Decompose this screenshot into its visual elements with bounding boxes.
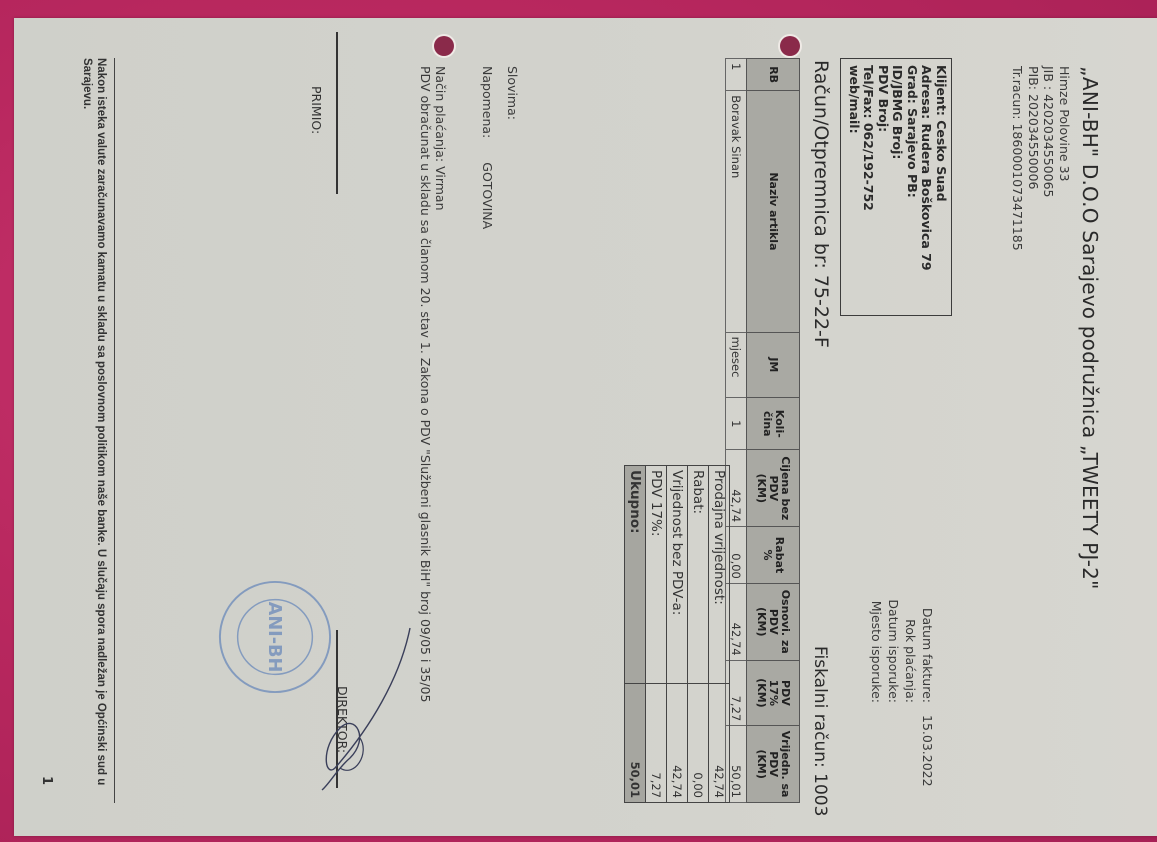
company-details: Himze Polovine 33 JIB : 4202034550065 PI… xyxy=(1010,66,1072,251)
totals-value: 42,74 xyxy=(667,684,688,803)
column-header: RB xyxy=(747,59,800,91)
totals-row: Prodajna vrijednost:42,74 xyxy=(709,466,730,803)
totals-value: 7,27 xyxy=(646,684,667,803)
note-label: Napomena: xyxy=(480,66,495,138)
totals-table: Prodajna vrijednost:42,74Rabat:0,00Vrije… xyxy=(624,465,730,803)
column-header: Naziv artikla xyxy=(747,91,800,332)
svg-text:ANI-BH: ANI-BH xyxy=(264,602,284,673)
totals-label: Vrijednost bez PDV-a: xyxy=(667,466,688,684)
totals-row: Ukupno:50,01 xyxy=(625,466,646,803)
totals-label: Ukupno: xyxy=(625,466,646,684)
table-cell: 1 xyxy=(726,398,747,450)
date-label: Rok plaćanja: xyxy=(902,593,919,703)
items-table: RBNaziv artiklaJMKoli-činaCijena bezPDV(… xyxy=(725,58,800,803)
punch-hole xyxy=(434,36,454,56)
footer-divider xyxy=(114,58,115,803)
company-pib: PIB: 202034550006 xyxy=(1026,66,1042,251)
date-label: Mjesto isporuke: xyxy=(868,593,885,703)
table-cell: Boravak Sinan xyxy=(726,91,747,332)
document-title: Račun/Otpremnica br: 75-22-F xyxy=(810,60,832,348)
date-row: Datum fakture:15.03.2022 xyxy=(919,593,936,787)
note-value: GOTOVINA xyxy=(480,162,495,229)
column-header: Vrijedn. saPDV(KM) xyxy=(747,726,800,803)
company-jib: JIB : 4202034550065 xyxy=(1041,66,1057,251)
footer-legal-text: Nakon isteka valute zaračunavamo kamatu … xyxy=(80,58,108,803)
client-phone: Tel/Fax: 062/192-752 xyxy=(861,65,876,309)
date-value: 15.03.2022 xyxy=(919,715,936,787)
date-label: Datum isporuke: xyxy=(885,593,902,703)
note: Napomena:GOTOVINA xyxy=(480,66,495,229)
table-cell: mjesec xyxy=(726,332,747,398)
table-cell: 1 xyxy=(726,59,747,91)
totals-value: 0,00 xyxy=(688,684,709,803)
in-words-label: Slovima: xyxy=(505,66,520,120)
column-header: Koli-čina xyxy=(747,398,800,450)
client-address: Adresa: Rudera Boškovica 79 xyxy=(919,65,934,309)
totals-label: PDV 17%: xyxy=(646,466,667,684)
table-header-row: RBNaziv artiklaJMKoli-činaCijena bezPDV(… xyxy=(747,59,800,803)
fiscal-number: Fiskalni račun: 1003 xyxy=(810,646,830,816)
payment-info: Način plaćanja: Virman PDV obračunat u s… xyxy=(418,66,448,702)
client-id: ID/JBMG Broj: xyxy=(890,65,905,309)
totals-label: Rabat: xyxy=(688,466,709,684)
invoice-page: „ANI-BH" D.O.O Sarajevo podružnica „TWEE… xyxy=(14,18,1157,836)
client-city: Grad: Sarajevo PB: xyxy=(905,65,920,309)
client-name: Klijent: Cesko Suad xyxy=(934,65,949,309)
page-number: 1 xyxy=(39,776,54,785)
client-web: web/mail: xyxy=(847,65,862,309)
handwritten-signature-icon xyxy=(310,618,430,798)
totals-row: Vrijednost bez PDV-a:42,74 xyxy=(667,466,688,803)
column-header: Rabat% xyxy=(747,527,800,584)
date-block: Datum fakture:15.03.2022 Rok plaćanja: D… xyxy=(868,593,936,787)
received-signature-line xyxy=(337,32,339,194)
totals-value: 42,74 xyxy=(709,684,730,803)
date-row: Rok plaćanja: xyxy=(902,593,919,787)
client-box: Klijent: Cesko Suad Adresa: Rudera Boško… xyxy=(840,58,952,316)
date-row: Datum isporuke: xyxy=(885,593,902,787)
company-account: Tr.racun: 1860001073471185 xyxy=(1010,66,1026,251)
totals-value: 50,01 xyxy=(625,684,646,803)
column-header: Cijena bezPDV(KM) xyxy=(747,450,800,527)
company-address: Himze Polovine 33 xyxy=(1057,66,1073,251)
totals-label: Prodajna vrijednost: xyxy=(709,466,730,684)
company-name: „ANI-BH" D.O.O Sarajevo podružnica „TWEE… xyxy=(1078,66,1102,589)
column-header: JM xyxy=(747,332,800,398)
received-label: PRIMIO: xyxy=(309,86,324,134)
column-header: PDV17%(KM) xyxy=(747,660,800,726)
date-row: Mjesto isporuke: xyxy=(868,593,885,787)
totals-row: Rabat:0,00 xyxy=(688,466,709,803)
column-header: Osnovi. zaPDV(KM) xyxy=(747,583,800,660)
totals-row: PDV 17%:7,27 xyxy=(646,466,667,803)
vat-legal-note: PDV obračunat u skladu sa članom 20. sta… xyxy=(418,66,433,702)
client-pdv: PDV Broj: xyxy=(876,65,891,309)
date-label: Datum fakture: xyxy=(919,593,936,703)
punch-hole xyxy=(780,36,800,56)
payment-method: Način plaćanja: Virman xyxy=(433,66,448,702)
